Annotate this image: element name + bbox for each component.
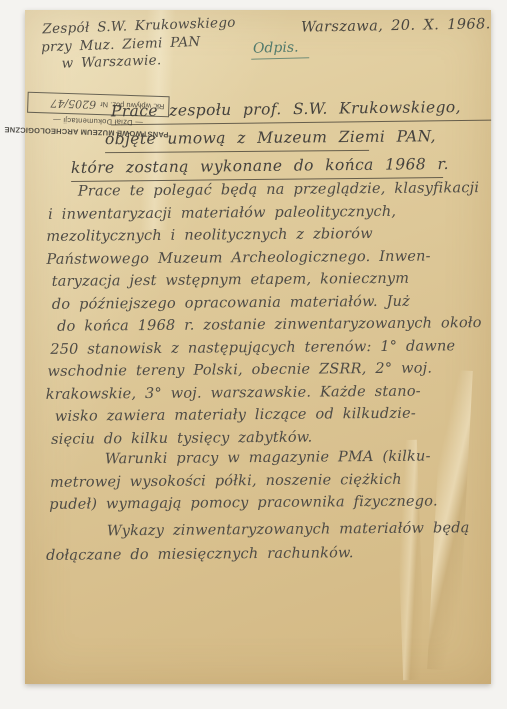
stamp-entry-label: Rk. wpływu poz. Nr: [100, 100, 164, 111]
scanned-document: Zespół S.W. Krukowskiego przy Muz. Ziemi…: [0, 0, 507, 709]
copy-annotation: Odpis.: [251, 39, 309, 59]
handwritten-line: pudeł) wymagają pomocy pracownika fizycz…: [49, 493, 489, 519]
handwritten-line: dołączane do miesięcznych rachunków.: [46, 544, 489, 571]
handwritten-line: Warunki pracy w magazynie PMA (kilku-: [105, 448, 489, 474]
stamp-entry-box: Rk. wpływu poz. Nr 6205/47: [27, 92, 170, 117]
stamp-museum-name: PAŃSTWOWE MUZEUM ARCHEOLOGICZNE: [26, 126, 168, 139]
body-paragraph-1: Prace te polegać będą na przeglądzie, kl…: [36, 180, 490, 454]
paper-sheet: Zespół S.W. Krukowskiego przy Muz. Ziemi…: [25, 10, 491, 684]
stamp-entry-number: 6205/47: [50, 97, 96, 111]
heading-line-3: które zostaną wykonane do końca 1968 r.: [71, 155, 443, 182]
sender-block: Zespół S.W. Krukowskiego przy Muz. Ziemi…: [42, 15, 237, 74]
dateline: Warszawa, 20. X. 1968.: [301, 16, 491, 35]
body-paragraph-3: Wykazy zinwentaryzowanych materiałów będ…: [37, 520, 489, 571]
museum-stamp: PAŃSTWOWE MUZEUM ARCHEOLOGICZNE — Dział …: [26, 92, 169, 139]
handwritten-line: Wykazy zinwentaryzowanych materiałów będ…: [107, 520, 489, 547]
body-paragraph-2: Warunki pracy w magazynie PMA (kilku- me…: [37, 448, 490, 519]
